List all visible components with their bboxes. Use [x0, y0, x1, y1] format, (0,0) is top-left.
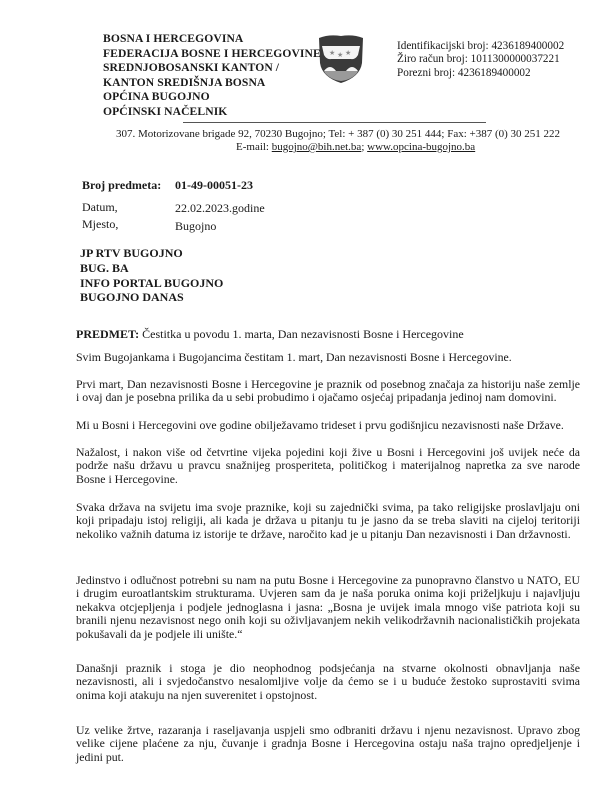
body-paragraph: Nažalost, i nakon više od četvrtine vije…: [76, 446, 580, 486]
org-line: BOSNA I HERCEGOVINA: [103, 32, 321, 47]
letterhead-identifiers: Identifikacijski broj: 4236189400002 Žir…: [397, 40, 564, 80]
org-line: OPĆINA BUGOJNO: [103, 90, 321, 105]
svg-text:★: ★: [337, 51, 343, 59]
body-paragraph: Današnji praznik i stoga je dio neophodn…: [76, 662, 580, 702]
letterhead-divider: [183, 122, 486, 123]
tax-number: Porezni broj: 4236189400002: [397, 67, 564, 80]
place-label: Mjesto,: [82, 217, 118, 232]
place-value: Bugojno: [175, 219, 216, 234]
recipient: INFO PORTAL BUGOJNO: [80, 276, 223, 291]
org-line: FEDERACIJA BOSNE I HERCEGOVINE: [103, 47, 321, 62]
web-contacts: E-mail: bugojno@bih.net.ba; www.opcina-b…: [236, 141, 475, 155]
case-number-label: Broj predmeta:: [82, 178, 161, 193]
org-line: OPĆINSKI NAČELNIK: [103, 105, 321, 120]
svg-text:★: ★: [329, 49, 335, 57]
body-paragraph: Jedinstvo i odlučnost potrebni su nam na…: [76, 574, 580, 641]
body-paragraph: Uz velike žrtve, razaranja i raseljavanj…: [76, 724, 580, 764]
recipient: BUGOJNO DANAS: [80, 290, 223, 305]
body-paragraph: Mi u Bosni i Hercegovini ove godine obil…: [76, 419, 580, 432]
email-link[interactable]: bugojno@bih.net.ba: [272, 141, 362, 153]
recipient: JP RTV BUGOJNO: [80, 246, 223, 261]
date-value: 22.02.2023.godine: [175, 201, 265, 216]
org-line: SREDNJOBOSANSKI KANTON /: [103, 61, 321, 76]
date-label: Datum,: [82, 200, 118, 215]
coat-of-arms-icon: ★ ★ ★: [315, 33, 367, 85]
subject-text: Čestitka u povodu 1. marta, Dan nezavisn…: [139, 327, 464, 341]
email-label: E-mail:: [236, 141, 272, 153]
letterhead-organization: BOSNA I HERCEGOVINA FEDERACIJA BOSNE I H…: [103, 32, 321, 120]
body-paragraph: Svaka država na svijetu ima svoje prazni…: [76, 501, 580, 541]
website-link[interactable]: www.opcina-bugojno.ba: [367, 141, 475, 153]
recipient: BUG. BA: [80, 261, 223, 276]
org-line: KANTON SREDIŠNJA BOSNA: [103, 76, 321, 91]
recipients-block: JP RTV BUGOJNO BUG. BA INFO PORTAL BUGOJ…: [80, 246, 223, 305]
address-line: 307. Motorizovane brigade 92, 70230 Bugo…: [116, 128, 560, 142]
subject-label: PREDMET:: [76, 327, 139, 341]
svg-text:★: ★: [345, 49, 351, 57]
id-number: Identifikacijski broj: 4236189400002: [397, 40, 564, 53]
body-paragraph: Svim Bugojankama i Bugojancima čestitam …: [76, 351, 580, 364]
subject-line: PREDMET: Čestitka u povodu 1. marta, Dan…: [76, 327, 464, 342]
bank-account: Žiro račun broj: 1011300000037221: [397, 53, 564, 66]
case-number-value: 01-49-00051-23: [175, 178, 253, 193]
body-paragraph: Prvi mart, Dan nezavisnosti Bosne i Herc…: [76, 378, 580, 405]
